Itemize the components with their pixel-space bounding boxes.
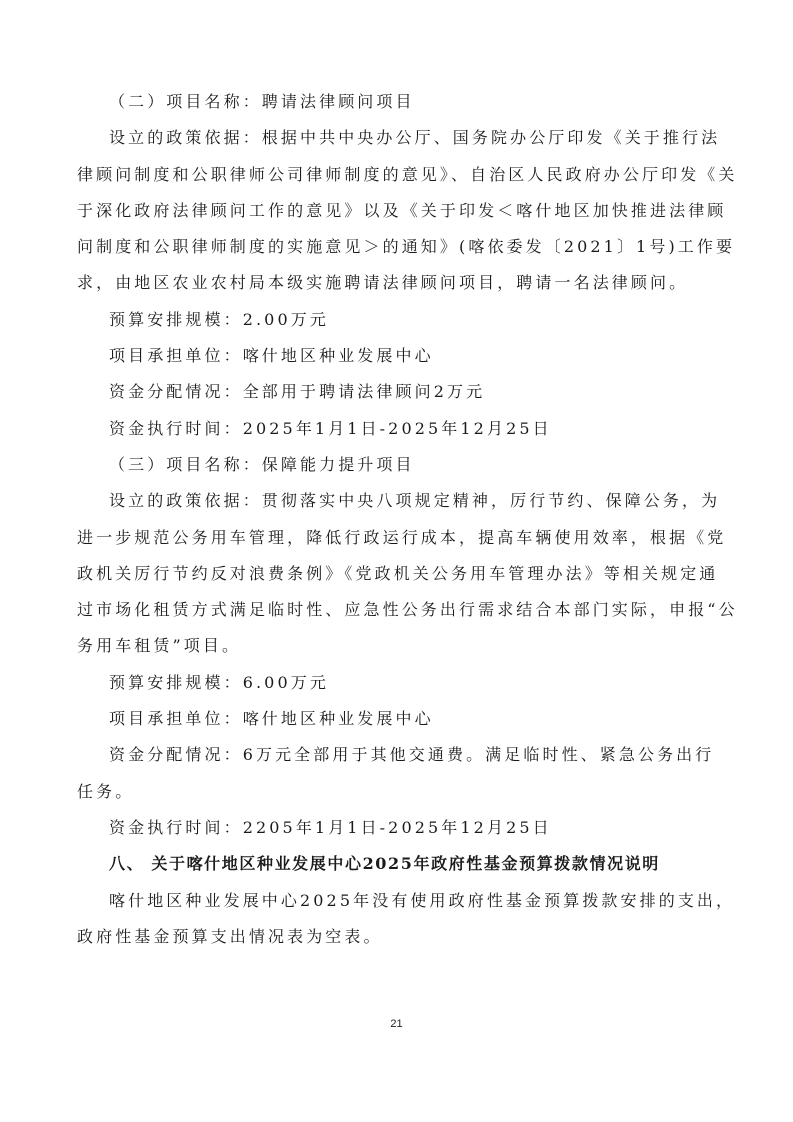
execution-time: 资金执行时间：2025年1月1日-2025年12月25日 <box>77 411 707 447</box>
chapter-body-line: 政府性基金预算支出情况表为空表。 <box>77 919 707 955</box>
policy-basis-line: 设立的政策依据：贯彻落实中央八项规定精神，厉行节约、保障公务，为 <box>77 483 707 519</box>
policy-basis-line: 进一步规范公务用车管理，降低行政运行成本，提高车辆使用效率，根据《党 <box>77 520 707 556</box>
page-number: 21 <box>0 1018 793 1030</box>
policy-basis-line: 政机关厉行节约反对浪费条例》《党政机关公务用车管理办法》等相关规定通 <box>77 556 707 592</box>
policy-basis-line: 律顾问制度和公职律师公司律师制度的意见》、自治区人民政府办公厅印发《关 <box>77 157 707 193</box>
policy-basis-line: 过市场化租赁方式满足临时性、应急性公务出行需求结合本部门实际，申报“公 <box>77 592 707 628</box>
chapter-heading: 八、 关于喀什地区种业发展中心2025年政府性基金预算拨款情况说明 <box>77 846 707 882</box>
document-page: （二）项目名称：聘请法律顾问项目 设立的政策依据：根据中共中央办公厅、国务院办公… <box>77 84 707 955</box>
policy-basis-line: 设立的政策依据：根据中共中央办公厅、国务院办公厅印发《关于推行法 <box>77 120 707 156</box>
policy-basis-line: 于深化政府法律顾问工作的意见》以及《关于印发＜喀什地区加快推进法律顾 <box>77 193 707 229</box>
section-title: （二）项目名称：聘请法律顾问项目 <box>77 84 707 120</box>
execution-time: 资金执行时间：2205年1月1日-2025年12月25日 <box>77 810 707 846</box>
fund-allocation: 任务。 <box>77 774 707 810</box>
fund-allocation: 资金分配情况：6万元全部用于其他交通费。满足临时性、紧急公务出行 <box>77 737 707 773</box>
policy-basis-line: 问制度和公职律师制度的实施意见＞的通知》(喀依委发〔2021〕1号)工作要 <box>77 229 707 265</box>
section-title: （三）项目名称：保障能力提升项目 <box>77 447 707 483</box>
policy-basis-line: 求，由地区农业农村局本级实施聘请法律顾问项目，聘请一名法律顾问。 <box>77 265 707 301</box>
budget-scale: 预算安排规模：2.00万元 <box>77 302 707 338</box>
responsible-unit: 项目承担单位：喀什地区种业发展中心 <box>77 701 707 737</box>
responsible-unit: 项目承担单位：喀什地区种业发展中心 <box>77 338 707 374</box>
policy-basis-line: 务用车租赁”项目。 <box>77 628 707 664</box>
fund-allocation: 资金分配情况：全部用于聘请法律顾问2万元 <box>77 374 707 410</box>
chapter-body-line: 喀什地区种业发展中心2025年没有使用政府性基金预算拨款安排的支出， <box>77 883 707 919</box>
budget-scale: 预算安排规模：6.00万元 <box>77 665 707 701</box>
